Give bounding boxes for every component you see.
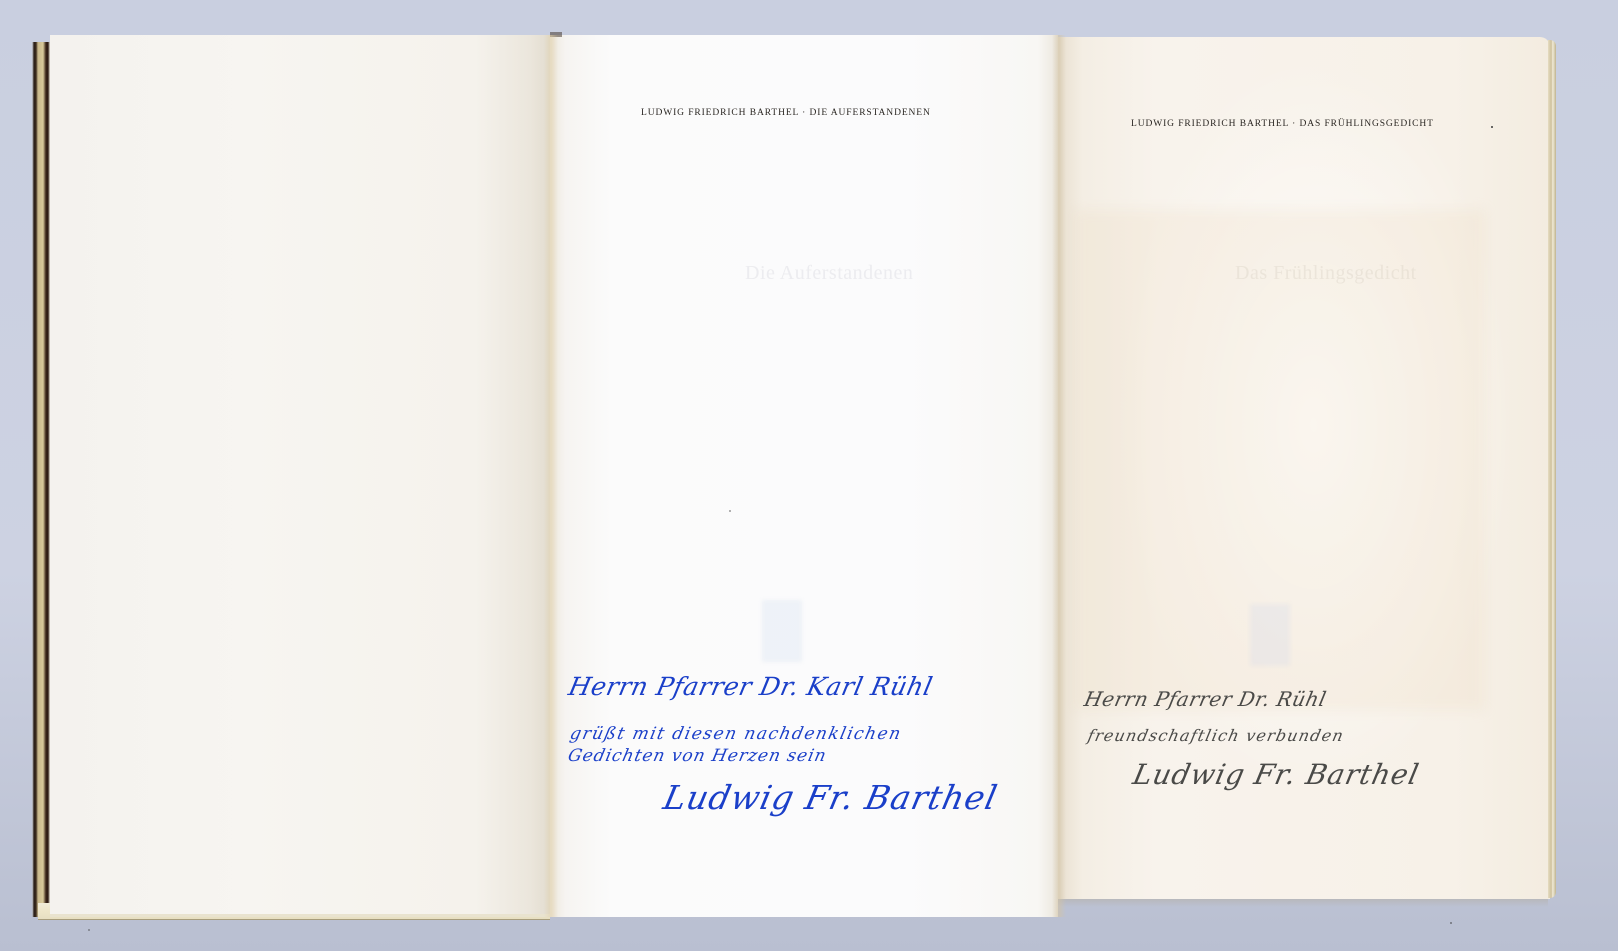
author-signature: Ludwig Fr. Barthel bbox=[1130, 758, 1422, 791]
show-through-emblem bbox=[1250, 604, 1290, 666]
right-book-page-edge bbox=[1548, 40, 1556, 898]
show-through-title: Das Frühlingsgedicht bbox=[1235, 262, 1417, 285]
dedication-line: Herrn Pfarrer Dr. Karl Rühl bbox=[566, 672, 935, 701]
dedication-line: grüßt mit diesen nachdenklichen bbox=[568, 724, 904, 744]
dust-speck bbox=[1450, 922, 1452, 924]
book-gutter-left bbox=[544, 35, 558, 917]
left-blank-page bbox=[50, 35, 550, 917]
book-gutter-right bbox=[1052, 35, 1066, 917]
dedication-line: Gedichten von Herzen sein bbox=[566, 746, 829, 766]
dust-speck bbox=[88, 929, 90, 931]
book-scan: Ludwig Friedrich Barthel · Die Auferstan… bbox=[0, 0, 1618, 951]
left-book-cover-edge bbox=[32, 42, 52, 917]
running-head-die-auferstandenen: Ludwig Friedrich Barthel · Die Auferstan… bbox=[641, 108, 931, 118]
show-through-title: Die Auferstandenen bbox=[745, 262, 913, 285]
dust-speck bbox=[729, 510, 731, 512]
dedication-line: Herrn Pfarrer Dr. Rühl bbox=[1082, 687, 1329, 711]
dust-speck bbox=[1491, 126, 1493, 128]
author-signature: Ludwig Fr. Barthel bbox=[660, 778, 1001, 817]
show-through-emblem bbox=[762, 600, 802, 662]
dedication-line: freundschaftlich verbunden bbox=[1086, 726, 1346, 745]
right-book-shadow bbox=[1058, 899, 1548, 907]
running-head-das-fruehlingsgedicht: Ludwig Friedrich Barthel · Das Frühlings… bbox=[1131, 119, 1434, 129]
